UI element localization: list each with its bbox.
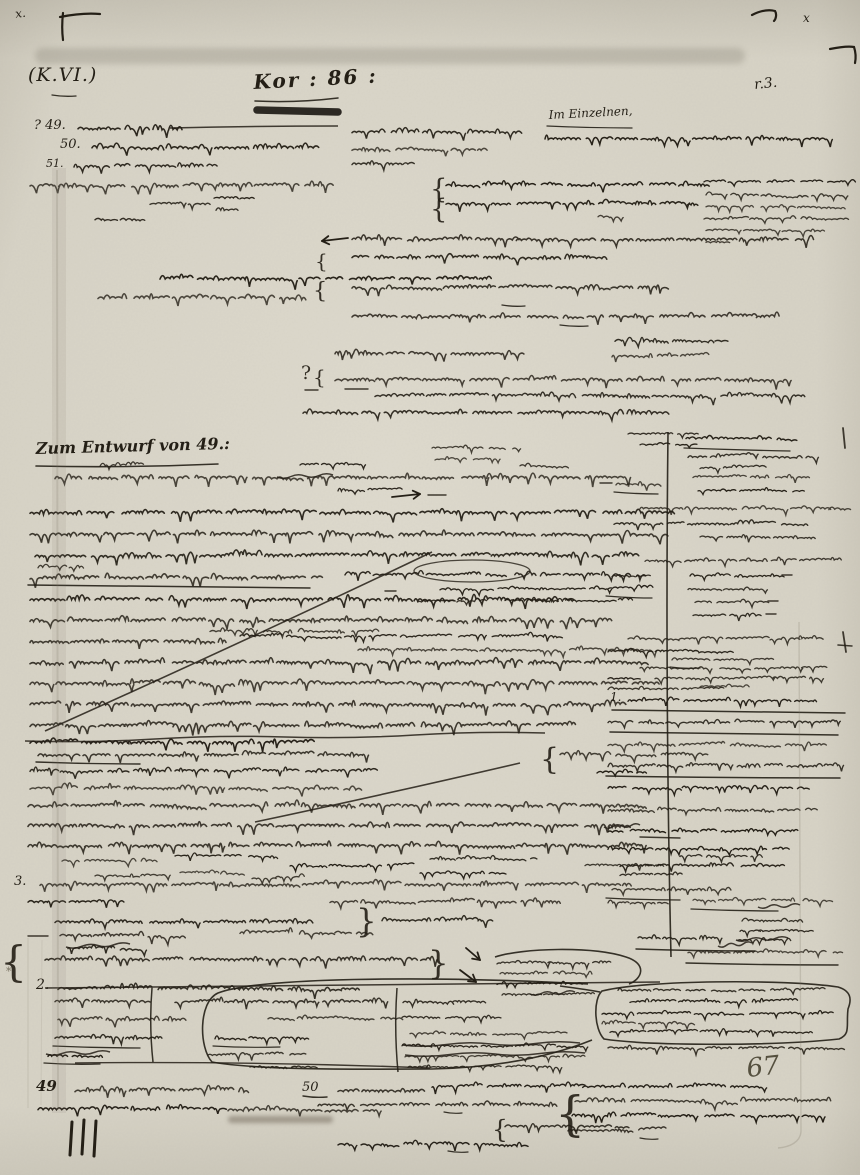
scribble-line-bubble-left-cluster [497, 961, 611, 969]
underline-stroke [303, 1096, 327, 1097]
scribble-line-brace-items [446, 199, 698, 211]
scribble-line-item-three [382, 916, 493, 928]
strike-through [25, 732, 545, 741]
scribble-line-margin-note [706, 241, 730, 242]
scribble-line-section-two [403, 999, 486, 1006]
underline-stroke [53, 1046, 140, 1048]
margin-tick-mark [843, 632, 846, 652]
scribble-line-bottom-right-brace-block [572, 1112, 825, 1123]
scribble-line-mid-list [612, 353, 709, 362]
scribble-line-paragraph-a [30, 700, 626, 716]
scribble-line-center-memo [375, 392, 805, 405]
handwriting-layer: {{{{{{}}{{{? [0, 0, 860, 1175]
scribble-line-right-column [628, 697, 817, 707]
scribble-line-right-column [700, 465, 766, 473]
scribble-line-right-column [612, 887, 731, 895]
scribble-line-right-column [655, 676, 824, 684]
paper-fold-shadow [52, 168, 66, 1113]
scribble-line-margin-note [706, 192, 848, 201]
scribble-line-d-block [597, 769, 646, 776]
corner-registration-mark [60, 14, 100, 17]
dash-stroke [640, 837, 680, 838]
scribble-line-right-column [688, 453, 818, 463]
scribble-line-paragraph-e [430, 856, 537, 861]
pencil-margin-line [799, 622, 801, 1132]
oval-enclosure [414, 560, 530, 582]
scribble-line-right-column [608, 900, 668, 908]
scribble-line-end-line [45, 956, 437, 969]
scribble-line-right-column [608, 828, 798, 835]
scribble-line-center-memo [335, 375, 791, 389]
scribble-line-right-column [740, 929, 813, 936]
scribble-line-section-two [268, 1015, 403, 1020]
scribble-line-brace-items [598, 215, 623, 221]
scribble-line-center-memo [335, 349, 524, 361]
scribble-line-right-column [608, 763, 844, 772]
scribble-line-paragraph-e [175, 853, 278, 861]
scribble-line-right-column [608, 585, 653, 591]
underline-stroke [636, 949, 755, 951]
scribble-line-item-three [252, 874, 304, 884]
underline-stroke [606, 776, 840, 778]
corner-registration-mark [752, 10, 776, 21]
underline-stroke [28, 585, 310, 588]
scribble-line-mid-list [615, 337, 728, 347]
brace-mark: { [313, 278, 327, 304]
margin-tick-mark [838, 645, 852, 646]
manuscript-page: {{{{{{}}{{{? x. (K.VI.) Kor : 86 : r.3. … [0, 0, 860, 1175]
scribble-line-paragraph-a [338, 488, 402, 494]
scribble-line-right-column [693, 897, 833, 906]
scribble-line-section-two [410, 1031, 567, 1039]
scribble-line-paragraph-a [30, 616, 612, 630]
underline-stroke [255, 98, 338, 102]
scribble-line-top-left-list [214, 197, 254, 199]
scribble-line-right-column [686, 435, 797, 440]
scribble-line-top-right-block [352, 147, 487, 156]
scribble-line-paragraph-a [30, 679, 659, 695]
scribble-line-mid-list [352, 312, 779, 325]
tally-mark [82, 1120, 84, 1154]
scribble-line-right-column [608, 807, 817, 814]
scribble-line-paragraph-a [35, 550, 639, 565]
scribble-line-item-three [620, 872, 682, 875]
vertical-divider-stroke [151, 988, 153, 1062]
scribble-line-rc-small-stack [435, 457, 500, 463]
underline-stroke [684, 448, 790, 451]
brace-mark: } [356, 902, 377, 940]
scribble-line-right-column [700, 684, 749, 687]
scribble-line-bottom-lines [75, 1085, 249, 1097]
scribble-line-bottom-lines [228, 1106, 381, 1117]
scribble-line-bubble-right-cluster [608, 1045, 844, 1055]
strike-through [718, 942, 752, 947]
scribble-line-right-column [614, 520, 808, 530]
scribble-line-right-column [698, 488, 804, 495]
scribble-line-paragraph-a [30, 530, 668, 544]
scribble-line-section-two [215, 1036, 309, 1044]
scribble-line-right-column [742, 918, 803, 922]
scribble-line-right-column [672, 658, 773, 664]
scribble-line-right-column [608, 686, 724, 689]
brace-mark: { [430, 193, 448, 225]
scribble-line-right-column [690, 573, 784, 580]
scribble-line-bottom-right-brace-block [575, 1097, 831, 1109]
rule-line [170, 126, 338, 128]
scribble-line-bottom-lines [338, 1089, 425, 1092]
scribble-line-bubble-right-cluster [602, 1010, 833, 1019]
scribble-line-top-left-list [95, 218, 145, 220]
top-left-x-mark: x. [14, 7, 26, 20]
scribble-line-center-memo [303, 409, 669, 420]
page-number: 67 [745, 1053, 781, 1082]
scribble-line-d-block [30, 783, 362, 797]
scribble-line-paragraph-a [358, 646, 657, 657]
scribble-line-right-column [638, 935, 722, 945]
scribble-line-right-column [640, 506, 851, 515]
scribble-line-paragraph-a [55, 473, 631, 487]
underline-stroke [612, 710, 845, 713]
scribble-line-right-column [620, 863, 784, 872]
item-number-3: 3. [14, 875, 26, 888]
scribble-line-bottom-lines [38, 1105, 226, 1117]
item-number-2: 2. [36, 978, 49, 992]
brace-mark: ? [301, 363, 311, 384]
brace-mark: { [540, 742, 559, 777]
underline-stroke [686, 963, 838, 965]
scribble-line-margin-note [704, 216, 849, 223]
scribble-line-top-left-list [150, 202, 210, 209]
header-right-mark: r.3. [754, 76, 778, 92]
underline-stroke [640, 1138, 658, 1139]
scribble-line-bubble-right-cluster [610, 1029, 812, 1037]
list-number-51: 51. [46, 158, 64, 169]
margin-asterisk: * [6, 966, 12, 977]
underline-stroke [547, 126, 632, 128]
underline-stroke [36, 762, 140, 764]
scribble-line-right-column [628, 636, 823, 645]
scribble-line-section-two [58, 1016, 186, 1027]
underline-stroke [606, 898, 680, 900]
scribble-line-mid-list [352, 284, 668, 296]
underline-stroke [52, 95, 76, 96]
scribble-line-top-left-list [78, 125, 182, 138]
arrow-head [322, 241, 329, 244]
scribble-line-bubble-right-cluster [618, 988, 825, 995]
item-number-1: 1. [610, 691, 621, 703]
pencil-margin-line [57, 170, 58, 1110]
scribble-line-paragraph-a [30, 658, 648, 675]
scribble-line-paragraph-a [30, 738, 314, 752]
margin-tick-mark [843, 428, 845, 448]
scribble-line-mid-list [352, 254, 607, 266]
scribble-line-paragraph-a [30, 594, 574, 609]
scribble-line-right-column [688, 587, 767, 593]
scribble-line-item-three [180, 870, 244, 875]
underline-stroke [606, 596, 652, 598]
scribble-line-paragraph-e [28, 822, 630, 835]
scribble-line-top-right-block [352, 161, 414, 170]
brace-mark: { [315, 249, 328, 273]
scribble-line-bubble-left-cluster [500, 971, 592, 977]
title-underline-bar [257, 110, 338, 112]
underline-stroke [502, 305, 525, 306]
scribble-line-rc-small-stack [432, 445, 521, 453]
scribble-line-right-column [608, 648, 733, 657]
scribble-line-paragraph-a [300, 462, 366, 468]
hand-drawn-enclosure [495, 949, 641, 984]
scribble-line-top-left-list [74, 163, 217, 174]
scribble-line-d-block [560, 751, 708, 762]
bottom-number-50: 50 [302, 1081, 319, 1094]
brace-mark: { [313, 365, 326, 389]
top-right-x-mark: x [803, 12, 810, 24]
brace-mark: { [492, 1115, 508, 1144]
scribble-line-section-two [405, 1054, 585, 1062]
list-number-49: ? 49. [34, 119, 66, 132]
scribble-line-paragraph-e [28, 800, 646, 815]
scribble-line-paragraph-e [28, 841, 646, 855]
scribble-line-right-column [700, 535, 815, 543]
scribble-line-d-block [30, 767, 102, 779]
scribble-line-d-block [38, 751, 368, 763]
scribble-line-margin-note [706, 229, 824, 237]
scribble-line-brace-items [446, 181, 709, 193]
brace-mark: { [555, 1087, 585, 1142]
scribble-line-item-three [55, 919, 313, 929]
corner-registration-mark [62, 13, 63, 40]
scribble-line-paragraph-a [440, 586, 612, 595]
scribble-line-paragraph-e [62, 858, 157, 866]
underline-stroke [610, 732, 838, 735]
scribble-line-mid-list [352, 235, 814, 248]
scribble-line-right-column [608, 678, 640, 680]
list-number-50: 50. [60, 138, 81, 151]
scribble-line-margin-note [704, 180, 855, 186]
underline-stroke [614, 492, 658, 494]
scribble-line-rc-small-stack [520, 463, 568, 468]
scribble-line-bottom-lines [432, 1082, 767, 1094]
scribble-line-item-three [240, 928, 373, 938]
scribble-line-paragraph-e [290, 863, 414, 871]
scribble-line-section-two [208, 1052, 306, 1060]
scribble-line-bubble-left-cluster [502, 993, 594, 996]
scribble-line-bubble-right-cluster [602, 1020, 695, 1029]
scribble-line-item-three [420, 871, 506, 879]
vertical-divider-stroke [396, 988, 398, 1072]
scribble-line-right-column [608, 846, 789, 855]
scribble-line-item-three [40, 880, 631, 893]
scribble-line-right-column [693, 474, 809, 482]
scribble-line-paragraph-e [680, 855, 762, 863]
brace-mark: { [0, 938, 27, 987]
scribble-line-d-block [108, 767, 377, 778]
scribble-line-section-two [55, 998, 150, 1008]
page-title: Kor : 86 : [253, 66, 378, 92]
bottom-number-49: 49 [36, 1079, 57, 1094]
scribble-line-paragraph-a [30, 721, 575, 736]
scribble-line-right-column [645, 557, 841, 566]
scribble-line-top-left-list [30, 181, 333, 194]
scribble-line-paragraph-a [30, 509, 674, 523]
scribble-line-margin-note [706, 205, 845, 212]
underline-stroke [691, 909, 778, 911]
scribble-line-top-left-list [216, 208, 238, 211]
strike-through [758, 904, 800, 909]
scribble-line-section-two [55, 1034, 162, 1044]
scribble-line-right-column [616, 482, 661, 491]
tally-mark [94, 1121, 96, 1156]
pencil-corner-curve [778, 1132, 801, 1148]
scribble-line-item-three [28, 900, 124, 908]
scribble-line-right-column [608, 719, 840, 728]
tally-mark [70, 1122, 72, 1155]
diagonal-cancel-stroke [255, 763, 520, 822]
brace-mark: } [428, 944, 449, 982]
scribble-line-bubble-right-cluster [630, 999, 797, 1007]
scribble-line-right-column [695, 599, 769, 607]
scribble-line-top-right-block [352, 128, 522, 141]
underline-stroke [448, 1151, 468, 1152]
header-left-siglum: (K.VI.) [28, 66, 97, 85]
underline-stroke [560, 325, 588, 326]
scribble-line-section-two [402, 1015, 501, 1022]
scribble-line-right-column [608, 741, 826, 751]
scribble-line-right-column [693, 613, 761, 621]
corner-registration-mark [830, 47, 856, 63]
scribble-line-right-column [608, 785, 809, 795]
scribble-line-normalknuepfe [98, 294, 306, 306]
scribble-line-item-three [95, 874, 170, 881]
scribble-line-annotation-line [545, 135, 832, 147]
scribble-line-top-left-list [92, 143, 319, 156]
underline-stroke [213, 1046, 280, 1047]
underline-stroke [444, 1112, 462, 1113]
